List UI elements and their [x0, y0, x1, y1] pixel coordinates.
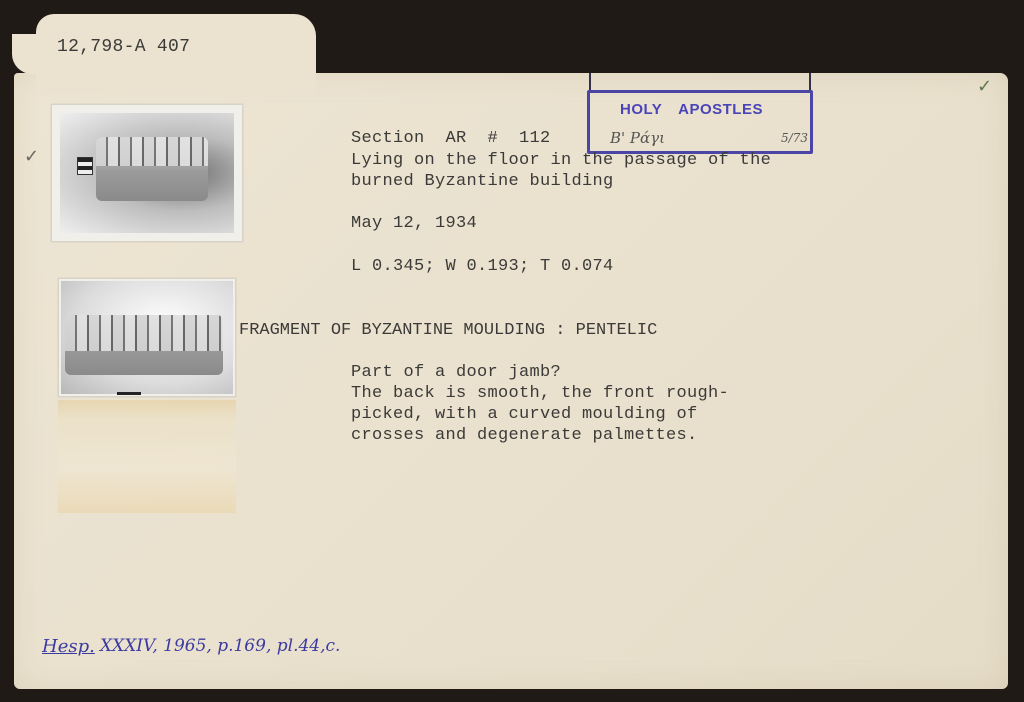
description-line-2: The back is smooth, the front rough- — [351, 383, 729, 405]
location-line-2: burned Byzantine building — [351, 171, 614, 193]
reference-text: XXXIV, 1965, p.169, pl.44,c. — [100, 636, 340, 656]
description-line-4: crosses and degenerate palmettes. — [351, 425, 698, 447]
section-line: Section AR # 112 — [351, 128, 551, 150]
description-line-3: picked, with a curved moulding of — [351, 404, 698, 426]
dimensions-line: L 0.345; W 0.193; T 0.074 — [351, 256, 614, 278]
reference-label: Hesp. — [42, 636, 95, 657]
stamp-title: HOLY APOSTLES — [620, 101, 763, 118]
paper-stain — [58, 400, 236, 513]
location-stamp: HOLY APOSTLES B' Pάγι 5/73 — [587, 90, 813, 154]
description-line-1: Part of a door jamb? — [351, 362, 561, 384]
location-line-1: Lying on the floor in the passage of the — [351, 150, 771, 172]
fragment-image — [65, 315, 223, 375]
top-view-photo — [51, 104, 243, 242]
date-line: May 12, 1934 — [351, 213, 477, 235]
stamp-handwritten-date: 5/73 — [781, 131, 808, 145]
front-view-photo — [58, 278, 236, 397]
catalog-number: 12,798-A 407 — [57, 36, 190, 58]
object-title: FRAGMENT OF BYZANTINE MOULDING : PENTELI… — [239, 320, 657, 342]
check-mark-icon: ✓ — [24, 146, 39, 167]
stamp-handwritten-location: B' Pάγι — [610, 129, 665, 147]
scale-bar-icon — [77, 157, 93, 175]
fragment-image — [96, 137, 208, 201]
scale-bar-icon — [117, 392, 141, 395]
check-mark-icon: ✓ — [977, 76, 992, 97]
